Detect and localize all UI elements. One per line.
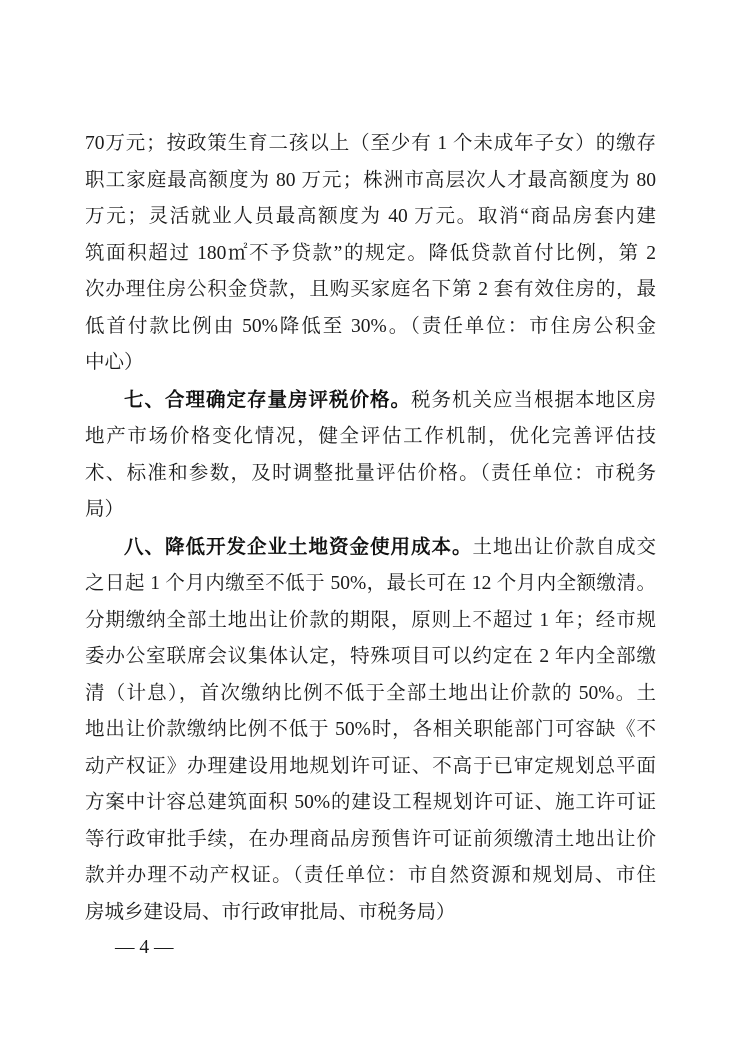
page-number: — 4 —	[115, 936, 174, 960]
text-line: 次办理住房公积金贷款，且购买家庭名下第 2 套有效住房的，最	[85, 272, 656, 309]
paragraph-continuation: 70万元；按政策生育二孩以上（至少有 1 个未成年子女）的缴存 职工家庭最高额度…	[85, 126, 656, 382]
section-heading-bold: 七、合理确定存量房评税价格。	[124, 389, 411, 411]
document-body: 70万元；按政策生育二孩以上（至少有 1 个未成年子女）的缴存 职工家庭最高额度…	[85, 126, 656, 931]
text-line: 房城乡建设局、市行政审批局、市税务局）	[85, 895, 656, 932]
text-line: 款并办理不动产权证。（责任单位：市自然资源和规划局、市住	[85, 858, 656, 895]
text-line: 八、降低开发企业土地资金使用成本。土地出让价款自成交	[85, 529, 656, 567]
paragraph-section-8: 八、降低开发企业土地资金使用成本。土地出让价款自成交 之日起 1 个月内缴至不低…	[85, 529, 656, 932]
text-line: 之日起 1 个月内缴至不低于 50%，最长可在 12 个月内全额缴清。	[85, 566, 656, 603]
text-line: 筑面积超过 180㎡不予贷款”的规定。降低贷款首付比例，第 2	[85, 236, 656, 273]
text-line: 七、合理确定存量房评税价格。税务机关应当根据本地区房	[85, 382, 656, 420]
text-line: 术、标准和参数，及时调整批量评估价格。（责任单位：市税务	[85, 456, 656, 493]
text-line: 职工家庭最高额度为 80 万元；株洲市高层次人才最高额度为 80	[85, 163, 656, 200]
text-line: 地产市场价格变化情况，健全评估工作机制，优化完善评估技	[85, 419, 656, 456]
text-line: 等行政审批手续，在办理商品房预售许可证前须缴清土地出让价	[85, 822, 656, 859]
text-run: 税务机关应当根据本地区房	[411, 390, 656, 411]
text-line: 委办公室联席会议集体认定，特殊项目可以约定在 2 年内全部缴	[85, 639, 656, 676]
text-line: 低首付款比例由 50%降低至 30%。（责任单位：市住房公积金	[85, 309, 656, 346]
text-line: 局）	[85, 492, 656, 529]
text-line: 动产权证》办理建设用地规划许可证、不高于已审定规划总平面	[85, 749, 656, 786]
text-line: 分期缴纳全部土地出让价款的期限，原则上不超过 1 年；经市规	[85, 603, 656, 640]
text-line: 70万元；按政策生育二孩以上（至少有 1 个未成年子女）的缴存	[85, 126, 656, 163]
text-line: 方案中计容总建筑面积 50%的建设工程规划许可证、施工许可证	[85, 785, 656, 822]
text-line: 中心）	[85, 345, 656, 382]
text-line: 清（计息），首次缴纳比例不低于全部土地出让价款的 50%。土	[85, 676, 656, 713]
text-run: 土地出让价款自成交	[472, 537, 656, 558]
text-line: 万元；灵活就业人员最高额度为 40 万元。取消“商品房套内建	[85, 199, 656, 236]
paragraph-section-7: 七、合理确定存量房评税价格。税务机关应当根据本地区房 地产市场价格变化情况，健全…	[85, 382, 656, 529]
text-line: 地出让价款缴纳比例不低于 50%时，各相关职能部门可容缺《不	[85, 712, 656, 749]
document-page: 70万元；按政策生育二孩以上（至少有 1 个未成年子女）的缴存 职工家庭最高额度…	[0, 0, 740, 1047]
section-heading-bold: 八、降低开发企业土地资金使用成本。	[124, 536, 472, 558]
